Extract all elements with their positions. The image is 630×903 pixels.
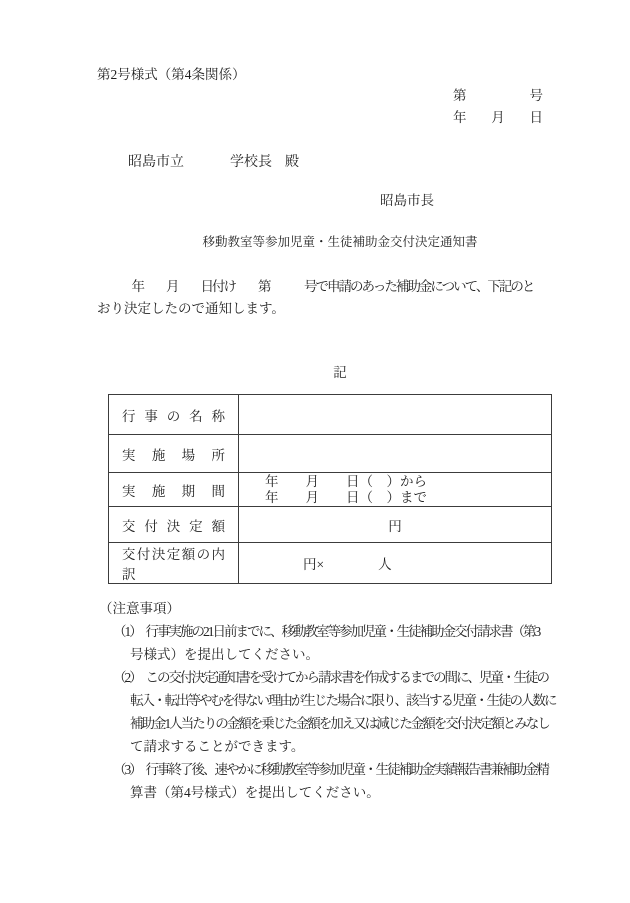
period-label: 実施期間 [109, 473, 239, 507]
document-page: 第2号様式（第4条関係） 第 号 年 月 日 昭島市立 学校長 殿 昭島市長 移… [0, 0, 630, 903]
ki-marker: 記 [50, 361, 630, 381]
sender-line: 昭島市長 [380, 189, 434, 209]
note-2-line-3: 補助金1人当たりの金額を乗じた金額を加え又は減じた金額を交付決定額とみなし [0, 712, 630, 735]
form-number: 第2号様式（第4条関係） [97, 63, 246, 83]
event-name-value [239, 395, 552, 435]
note-3-line-2: 算書（第4号様式）を提出してください。 [0, 781, 630, 804]
doc-number-prefix: 第 [453, 85, 467, 107]
grant-amount-label: 交付決定額 [109, 507, 239, 543]
date-month-label: 月 [491, 107, 505, 129]
table-row-grant-amount: 交付決定額 円 [109, 507, 552, 543]
event-name-label: 行事の名称 [109, 395, 239, 435]
note-2-line-1: （2） この交付決定通知書を受けてから請求書を作成するまでの間に、児童・生徒の [0, 666, 630, 689]
note-3-line-1: （3） 行事終了後、速やかに移動教室等参加児童・生徒補助金実績報告書兼補助金精 [0, 758, 630, 781]
addressee-city-school: 昭島市立 [128, 151, 184, 171]
note-2-line-2: 転入・転出等やむを得ない理由が生じた場合に限り、該当する児童・生徒の人数に [0, 689, 630, 712]
addressee-principal: 学校長 [230, 151, 272, 171]
grant-amount-value: 円 [239, 507, 552, 543]
grant-details-table: 行事の名称 実施場所 実施期間 年 月 日（ ）から 年 月 日（ ）まで 交付… [108, 394, 552, 584]
note-1-line-1: （1） 行事実施の21日前までに、移動教室等参加児童・生徒補助金交付請求書（第3 [0, 620, 630, 643]
notes-heading: （注意事項） [0, 597, 630, 620]
table-row-event-name: 行事の名称 [109, 395, 552, 435]
location-label: 実施場所 [109, 435, 239, 473]
note-1-line-2: 号様式）を提出してください。 [0, 643, 630, 666]
doc-number-suffix: 号 [530, 85, 544, 107]
location-value [239, 435, 552, 473]
date-day-label: 日 [530, 107, 544, 129]
document-number-line: 第 号 [453, 85, 543, 107]
table-row-grant-breakdown: 交付決定額の内訳 円× 人 [109, 543, 552, 584]
body-line-1: 年 月 日付け 第 号で申請のあった補助金について、下記のと [97, 276, 583, 298]
grant-breakdown-value: 円× 人 [239, 543, 552, 584]
period-to-line: 年 月 日（ ）まで [239, 490, 551, 506]
body-line-2: おり決定したので通知します。 [97, 298, 583, 320]
note-2-line-4: て請求することができます。 [0, 735, 630, 758]
document-number-block: 第 号 年 月 日 [453, 85, 543, 129]
notes-section: （注意事項） （1） 行事実施の21日前までに、移動教室等参加児童・生徒補助金交… [0, 597, 630, 804]
addressee-honorific: 殿 [285, 151, 299, 171]
date-year-label: 年 [453, 107, 467, 129]
document-date-line: 年 月 日 [453, 107, 543, 129]
period-value: 年 月 日（ ）から 年 月 日（ ）まで [239, 473, 552, 507]
addressee-line: 昭島市立 学校長 殿 [128, 151, 299, 171]
body-paragraph: 年 月 日付け 第 号で申請のあった補助金について、下記のと おり決定したので通… [97, 276, 583, 320]
grant-breakdown-label: 交付決定額の内訳 [109, 543, 239, 584]
period-from-line: 年 月 日（ ）から [239, 474, 551, 490]
table-row-location: 実施場所 [109, 435, 552, 473]
table-row-period: 実施期間 年 月 日（ ）から 年 月 日（ ）まで [109, 473, 552, 507]
document-title: 移動教室等参加児童・生徒補助金交付決定通知書 [50, 232, 630, 250]
